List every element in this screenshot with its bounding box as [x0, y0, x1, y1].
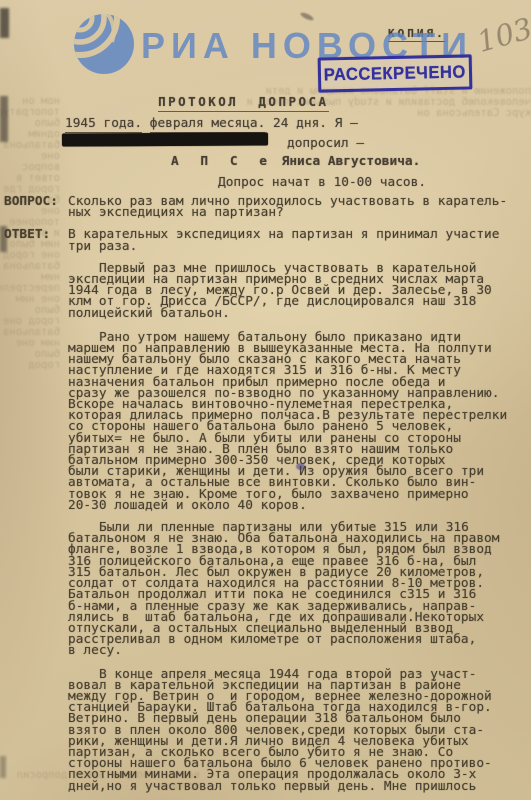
- date-line: 1945 года. февраля месяца. 24 дня. Я –: [65, 116, 358, 131]
- subject-initials: А П С е: [171, 154, 274, 169]
- declassified-stamp-text: РАССЕКРЕЧЕНО: [324, 62, 466, 86]
- subject-name-line: А П С е Яниса Августовича.: [171, 154, 420, 169]
- interrogator-line: допросил –: [287, 136, 364, 151]
- label-spacer: [4, 522, 68, 656]
- paragraph: Первый раз мне пришлось участвовать в ка…: [4, 263, 528, 319]
- ria-novosti-globe-icon: [72, 12, 136, 76]
- paragraph-text: Первый раз мне пришлось участвовать в ка…: [68, 263, 492, 319]
- question-label: ВОПРОС:: [4, 196, 68, 218]
- paragraph-text: Рано утром нашему батальону было приказа…: [68, 332, 507, 511]
- paragraph-text: Были ли пленные партизаны или убитые 315…: [68, 522, 499, 656]
- ink-blot: [296, 463, 305, 470]
- subject-name: Яниса Августовича.: [274, 154, 420, 169]
- scanned-document-page: положению и staff батальона женщины и де…: [0, 0, 531, 800]
- paragraph: Рано утром нашему батальону было приказа…: [4, 332, 528, 511]
- date-segment: 24 дня. Я –: [265, 116, 357, 131]
- edge-smudge: [0, 8, 9, 38]
- edge-smudge: [0, 96, 8, 142]
- title-gap: [238, 94, 258, 112]
- interrogation-start-time: Допрос начат в 10-00 часов.: [218, 175, 426, 190]
- paragraph: В конце апреля месяца 1944 года второй р…: [4, 669, 528, 792]
- redaction-bar: [62, 132, 268, 146]
- answer-block: ОТВЕТ: В карательных экспедициях на парт…: [4, 229, 528, 251]
- question-block: ВОПРОС: Сколько раз вам лично приходилос…: [4, 196, 528, 218]
- title-word: ПРОТОКОЛ: [158, 94, 238, 112]
- handwritten-page-number: 103: [473, 11, 531, 59]
- paragraph-text: В конце апреля месяца 1944 года второй р…: [68, 669, 492, 792]
- document-body: ВОПРОС: Сколько раз вам лично приходилос…: [4, 196, 528, 792]
- label-spacer: [4, 669, 68, 792]
- declassified-stamp: РАССЕКРЕЧЕНО: [318, 54, 473, 92]
- answer-label: ОТВЕТ:: [4, 229, 68, 251]
- date-gap: [142, 116, 150, 131]
- date-segment: 1945 года.: [65, 116, 142, 133]
- paper-speck: [300, 11, 315, 21]
- date-segment: февраля месяца.: [150, 116, 266, 133]
- title-word: ДОПРОСА: [258, 94, 328, 112]
- label-spacer: [4, 263, 68, 319]
- answer-text: В карательных экспедициях на партизан я …: [68, 229, 499, 251]
- paragraph: Были ли пленные партизаны или убитые 315…: [4, 522, 528, 656]
- label-spacer: [4, 332, 68, 511]
- question-text: Сколько раз вам лично приходилось участв…: [68, 196, 507, 218]
